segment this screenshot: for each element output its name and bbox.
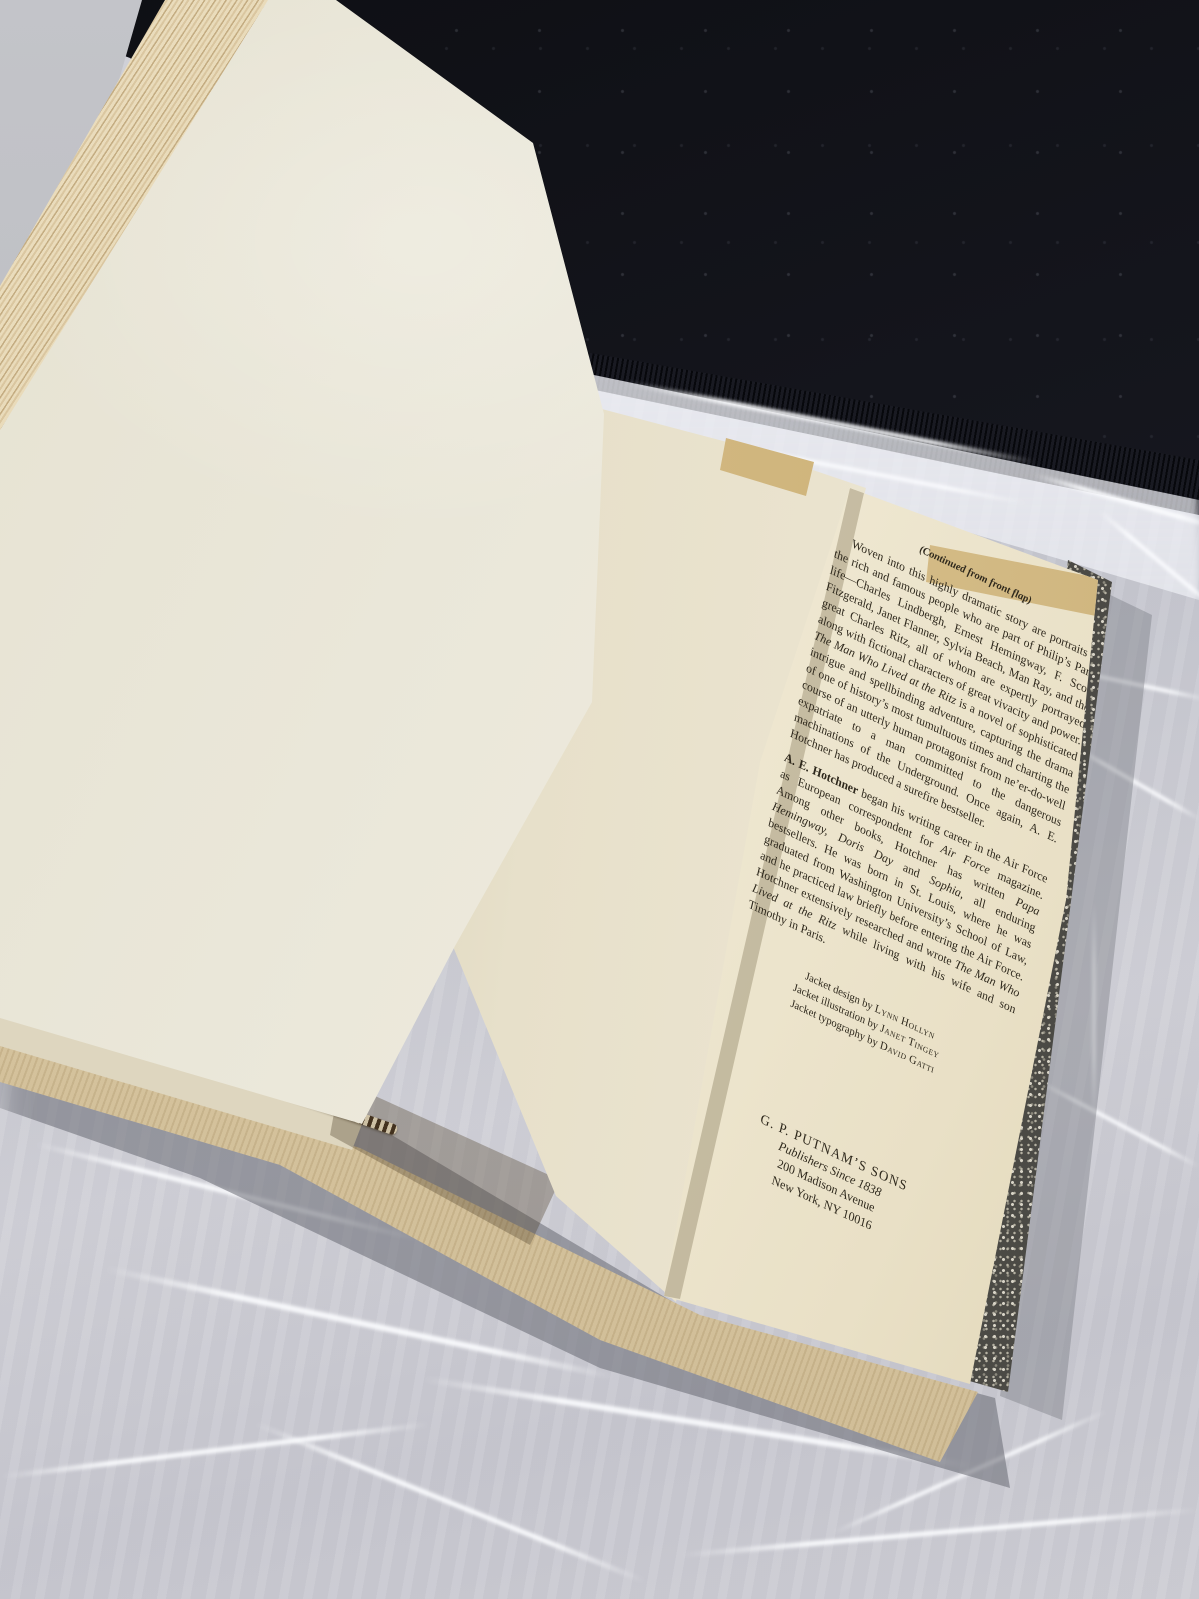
photo-of-open-book: (Continued from front flap) Woven into t… <box>0 0 1199 1599</box>
publisher-block: G. P. PUTNAM’S SONS Publishers Since 183… <box>688 1083 967 1273</box>
